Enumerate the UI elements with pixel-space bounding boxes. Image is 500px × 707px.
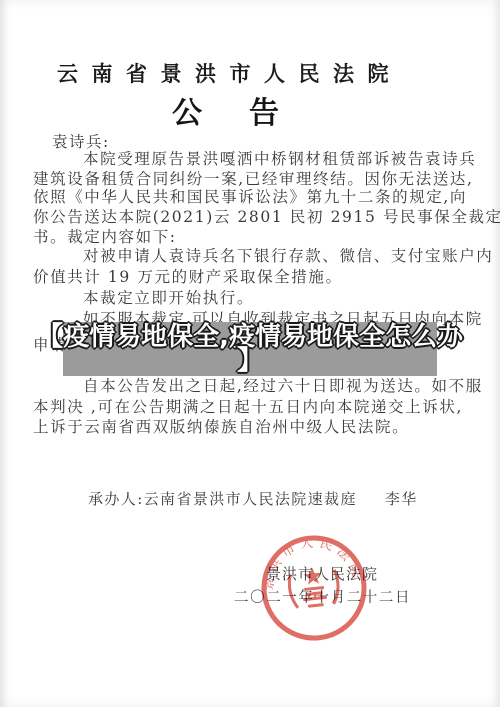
notice-title: 公告 xyxy=(172,88,326,132)
body-line: 你公告送达本院(2021)云 2801 民初 2915 号民事保全裁定 xyxy=(33,209,500,226)
caption-overlay: 【疫情易地保全,疫情易地保全怎么办 】 xyxy=(63,322,437,376)
caption-line-2: 】 xyxy=(237,348,263,374)
body-line: 本判决 ,可在公告期满之日起十五日内向本院递交上诉状, xyxy=(33,399,463,416)
salutation: 袁诗兵: xyxy=(52,130,110,152)
notice-document-page: 云南省景洪市人民法院 公告 袁诗兵: 本院受理原告景洪嘎洒中桥钢材租赁部诉被告袁… xyxy=(0,0,500,707)
handler-line: 承办人:云南省景洪市人民法院速裁庭李华 xyxy=(88,488,418,509)
court-title: 云南省景洪市人民法院 xyxy=(57,58,402,88)
body-line: 对被申请人袁诗兵名下银行存款、微信、支付宝账户内 xyxy=(33,248,493,265)
body-line: 本裁定立即开始执行。 xyxy=(33,290,254,307)
scan-edge-right xyxy=(491,0,500,707)
handler-label: 承办人:云南省景洪市人民法院速裁庭 xyxy=(88,490,357,508)
body-line: 上诉于云南省西双版纳傣族自治州中级人民法院。 xyxy=(33,419,409,436)
body-line: 自本公告发出之日起,经过六十日即视为送达。如不服 xyxy=(33,378,483,395)
body-line: 依照《中华人民共和国民事诉讼法》第九十二条的规定,向 xyxy=(33,189,467,206)
body-line: 价值共计 19 万元的财产采取保全措施。 xyxy=(33,269,343,286)
body-line: 本院受理原告景洪嘎洒中桥钢材租赁部诉被告袁诗兵 xyxy=(33,151,476,168)
scan-edge-left xyxy=(0,0,9,707)
body-line: 书。裁定内容如下: xyxy=(33,229,177,246)
body-line: 建筑设备租赁合同纠纷一案,已经审理终结。因你无法送达, xyxy=(33,171,474,188)
signature-court-name: 景洪市人民法院 xyxy=(266,563,378,584)
handler-name: 李华 xyxy=(385,490,418,508)
signature-date: 二〇二一年十月二十二日 xyxy=(234,586,411,607)
